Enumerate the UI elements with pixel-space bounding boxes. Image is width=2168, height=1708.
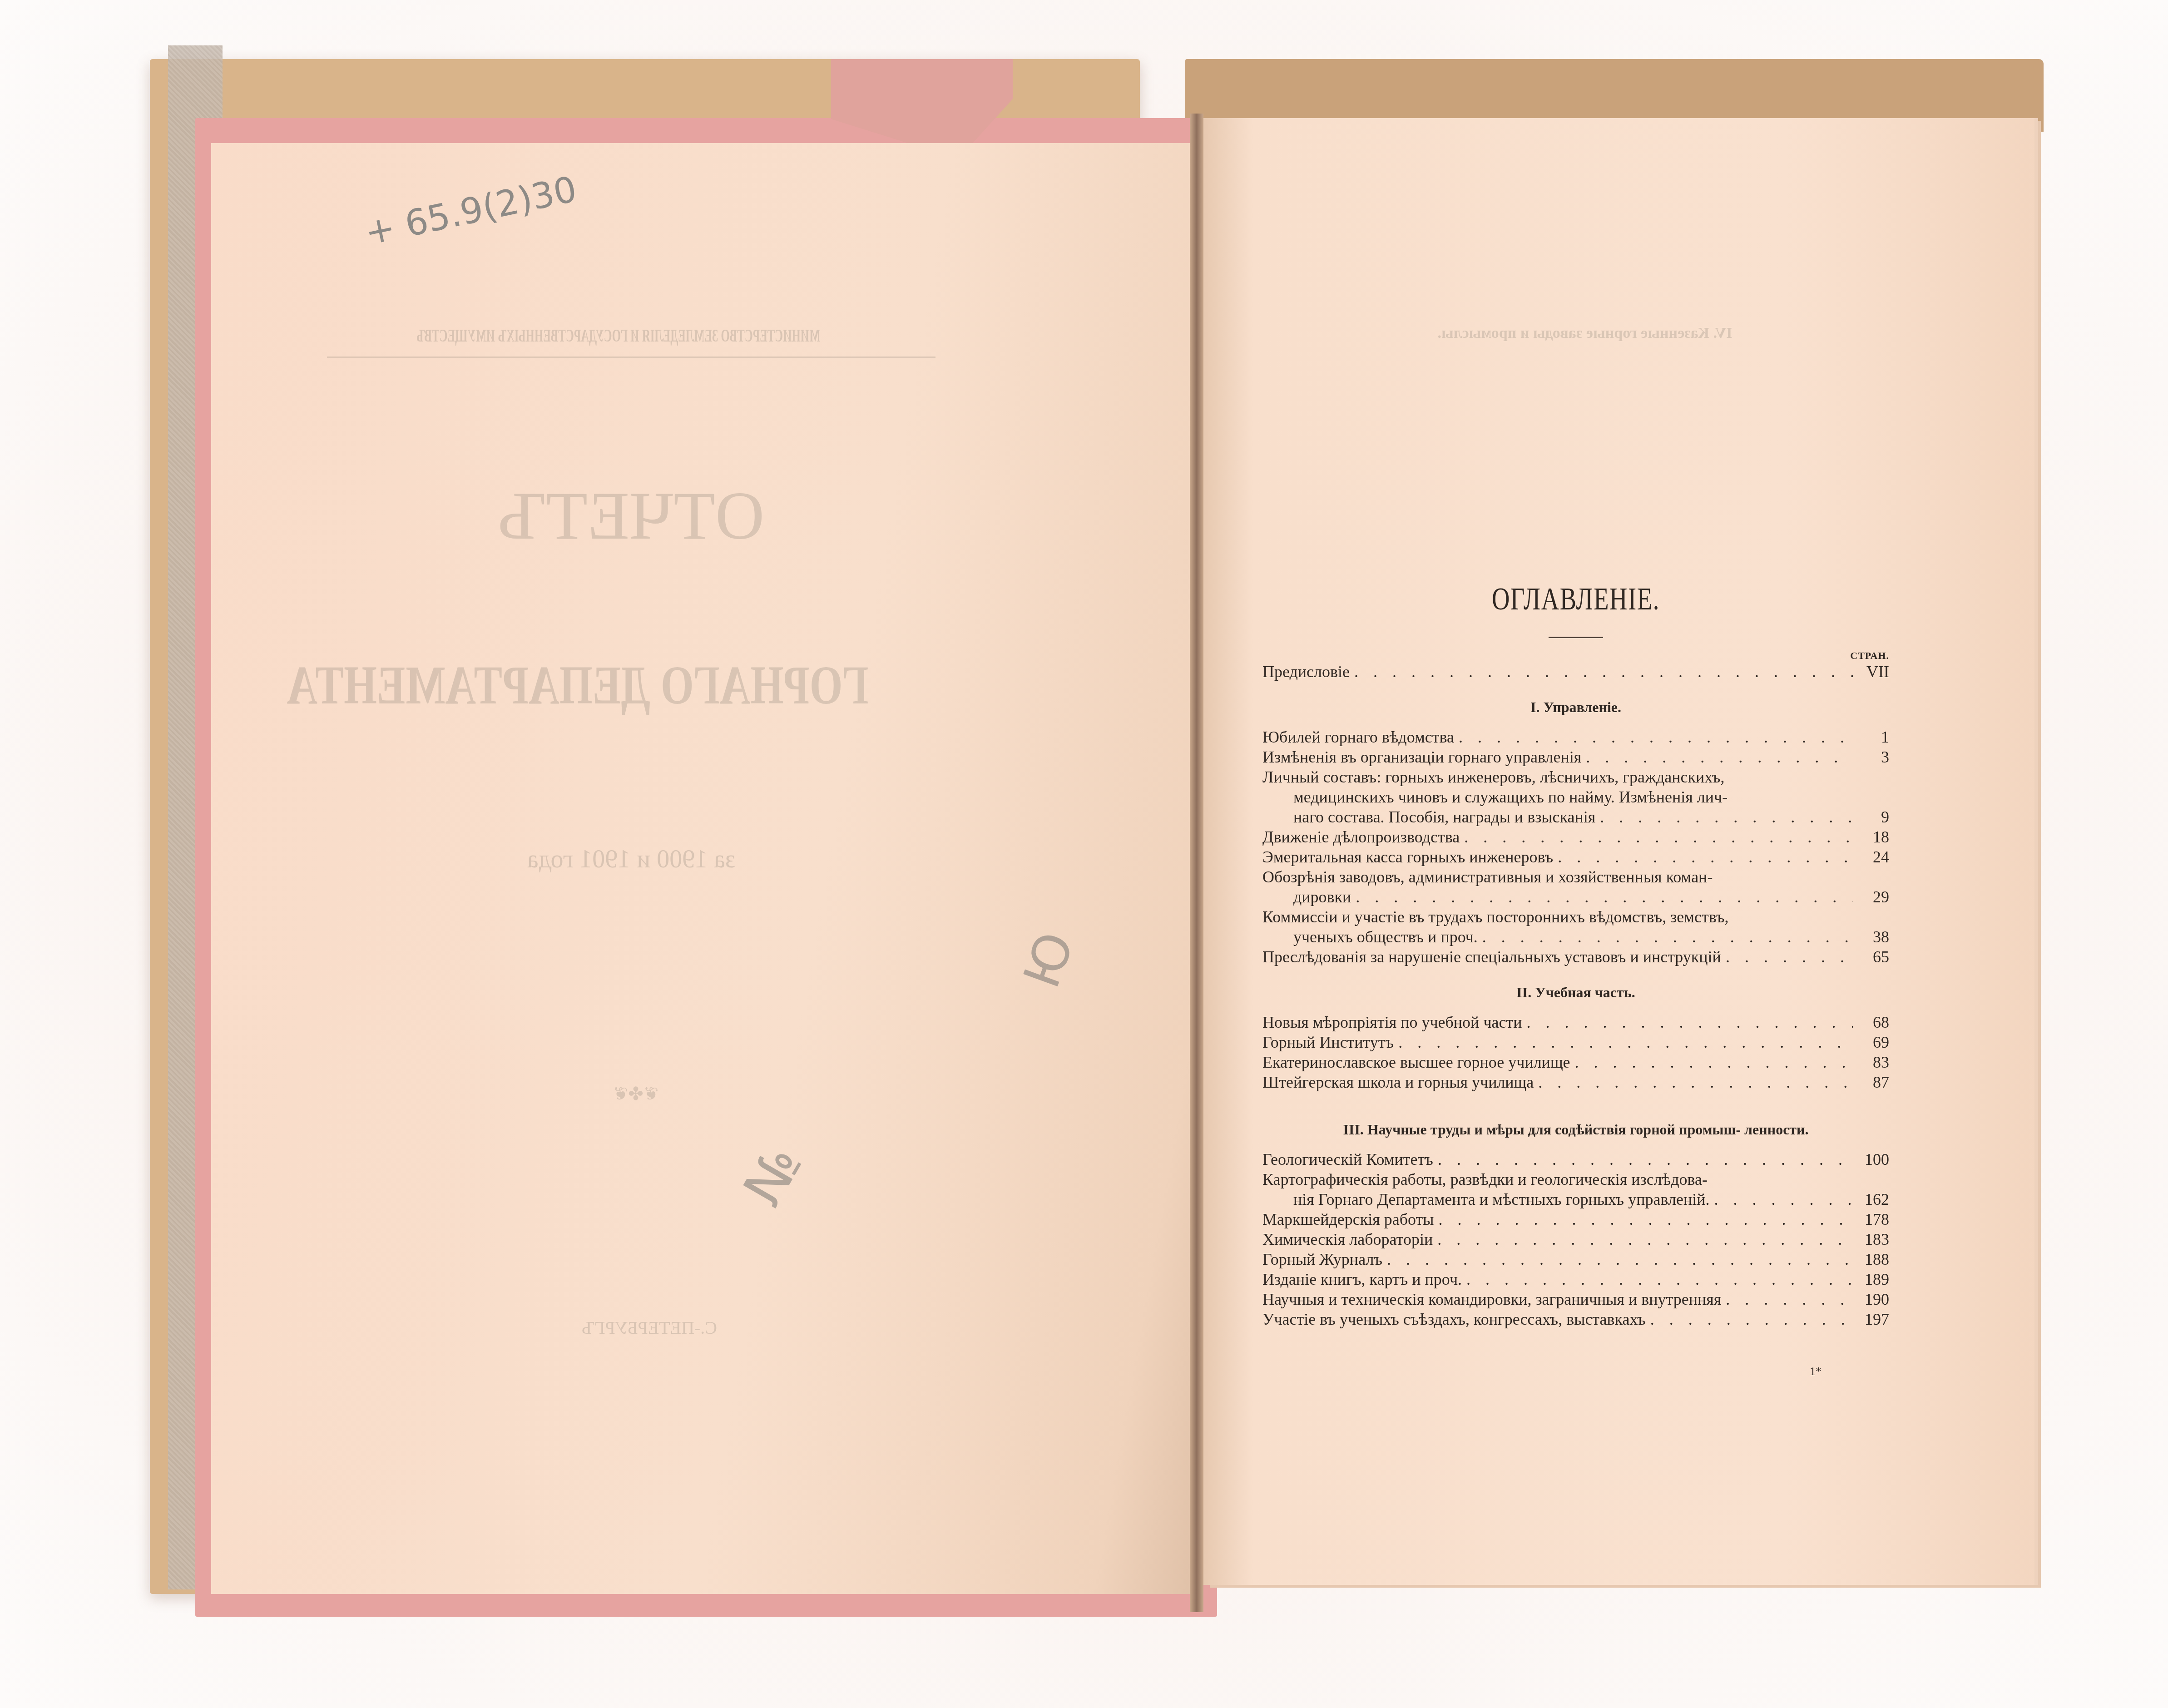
toc-entry[interactable]: Маркшейдерскія работы178	[1262, 1209, 1889, 1229]
toc-entry[interactable]: Научныя и техническія командировки, загр…	[1262, 1289, 1889, 1309]
bleedthrough-header: МИНИСТЕРСТВО ЗЕМЛЕДЕЛІЯ И ГОСУДАРСТВЕННЫ…	[443, 325, 820, 346]
section-heading: I. Управленіе.	[1262, 697, 1889, 717]
section-heading: II. Учебная часть.	[1262, 982, 1889, 1002]
table-of-contents: ОГЛАВЛЕНІЕ. СТРАН. ПредисловіеVII I. Упр…	[1262, 581, 1889, 1329]
bleedthrough-title: ОТЧЕТЪ	[327, 477, 936, 555]
bleedthrough-right-heading: IV. Казенные горные заводы и промыслы.	[1335, 325, 1835, 342]
toc-entry[interactable]: Геологическій Комитетъ100	[1262, 1149, 1889, 1169]
bleedthrough-subtitle: ГОРНАГО ДЕПАРТАМЕНТА	[394, 654, 868, 717]
toc-entry[interactable]: Преслѣдованія за нарушеніе спеціальныхъ …	[1262, 947, 1889, 967]
toc-entry[interactable]: Юбилей горнаго вѣдомства1	[1262, 727, 1889, 747]
toc-entry[interactable]: Обозрѣнія заводовъ, административныя и х…	[1262, 867, 1889, 907]
toc-entry[interactable]: Личный составъ: горныхъ инженеровъ, лѣсн…	[1262, 767, 1889, 827]
ornament: ❦✤❦	[545, 1083, 727, 1104]
toc-entry[interactable]: Картографическія работы, развѣдки и геол…	[1262, 1169, 1889, 1209]
bleedthrough-place: С.-ПЕТЕРБУРГЪ	[536, 1317, 763, 1338]
toc-title: ОГЛАВЛЕНІЕ.	[1331, 581, 1820, 618]
toc-entry[interactable]: Штейгерская школа и горныя училища87	[1262, 1072, 1889, 1092]
toc-entry[interactable]: Екатеринославское высшее горное училище8…	[1262, 1052, 1889, 1072]
toc-entry[interactable]: Химическія лабораторіи183	[1262, 1229, 1889, 1249]
toc-entry[interactable]: Коммиссіи и участіе въ трудахъ посторонн…	[1262, 907, 1889, 947]
toc-entry[interactable]: Участіе въ ученыхъ съѣздахъ, конгрессахъ…	[1262, 1309, 1889, 1329]
toc-entry[interactable]: Движеніе дѣлопроизводства18	[1262, 827, 1889, 847]
toc-entry[interactable]: Новыя мѣропріятія по учебной части68	[1262, 1012, 1889, 1032]
section-heading: III. Научные труды и мѣры для содѣйствія…	[1262, 1119, 1889, 1139]
page-column-header: СТРАН.	[1262, 650, 1889, 662]
toc-entry[interactable]: Горный Журналъ188	[1262, 1249, 1889, 1269]
signature-mark: 1*	[1810, 1365, 1822, 1378]
gutter-binding	[1190, 114, 1203, 1612]
title-rule	[1549, 637, 1603, 638]
bleedthrough-years: за 1900 и 1901 года	[327, 845, 936, 874]
toc-entry[interactable]: Измѣненія въ организаціи горнаго управле…	[1262, 747, 1889, 767]
bleedthrough-rule	[327, 356, 936, 358]
toc-entry[interactable]: Горный Институтъ69	[1262, 1032, 1889, 1052]
toc-entry[interactable]: Изданіе книгъ, картъ и проч.189	[1262, 1269, 1889, 1289]
toc-entry[interactable]: ПредисловіеVII	[1262, 662, 1889, 682]
toc-entry[interactable]: Эмеритальная касса горныхъ инженеровъ24	[1262, 847, 1889, 867]
